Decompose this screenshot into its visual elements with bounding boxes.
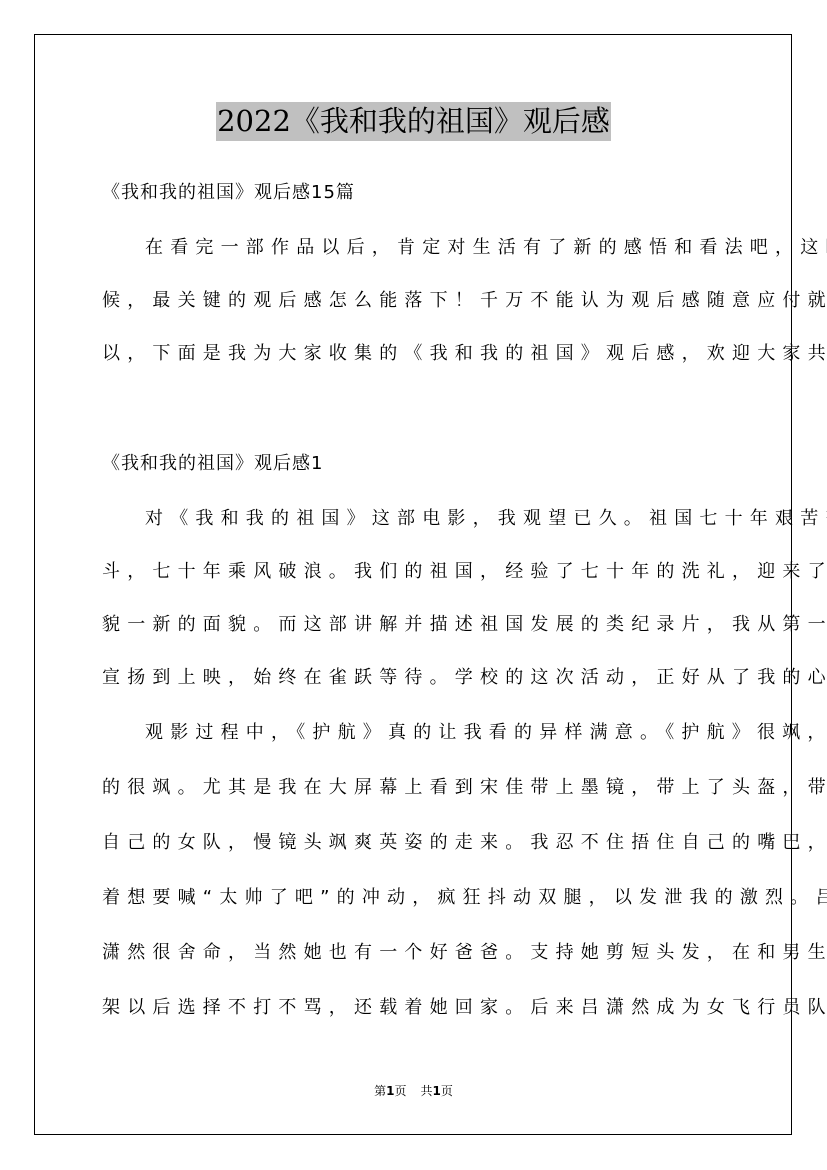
paragraph2-line-4: 着想要喊“太帅了吧”的冲动，疯狂抖动双腿，以发泄我的激烈。吕 (102, 886, 742, 910)
total-prefix: 共 (421, 1084, 433, 1098)
paragraph1-line-4: 宣扬到上映，始终在雀跃等待。学校的这次活动，正好从了我的心愿。 (102, 666, 742, 690)
page-suffix: 页 (394, 1084, 406, 1098)
paragraph2-line-2: 的很飒。尤其是我在大屏幕上看到宋佳带上墨镜，带上了头盔，带着 (102, 776, 742, 800)
paragraph1-line-1: 对《我和我的祖国》这部电影，我观望已久。祖国七十年艰苦奋 (102, 507, 785, 531)
page-footer: 第1页共1页 (0, 1083, 827, 1099)
page-prefix: 第 (374, 1084, 386, 1098)
section-heading: 《我和我的祖国》观后感1 (102, 452, 742, 476)
paragraph2-line-3: 自己的女队，慢镜头飒爽英姿的走来。我忍不住捂住自己的嘴巴，憋 (102, 831, 742, 855)
title-container: 2022《我和我的祖国》观后感 (0, 102, 827, 141)
paragraph1-line-3: 貌一新的面貌。而这部讲解并描述祖国发展的类纪录片，我从第一版 (102, 613, 742, 637)
intro-line-3: 以，下面是我为大家收集的《我和我的祖国》观后感，欢迎大家共享。 (102, 342, 742, 366)
intro-line-2: 候，最关键的观后感怎么能落下！千万不能认为观后感随意应付就可 (102, 289, 742, 313)
paragraph2-line-6: 架以后选择不打不骂，还载着她回家。后来吕潇然成为女飞行员队长， (102, 996, 742, 1020)
total-suffix: 页 (441, 1084, 453, 1098)
paragraph2-line-1: 观影过程中，《护航》真的让我看的异样满意。《护航》很飒，真 (102, 721, 785, 745)
paragraph1-line-2: 斗，七十年乘风破浪。我们的祖国，经验了七十年的洗礼，迎来了面 (102, 560, 742, 584)
document-subtitle: 《我和我的祖国》观后感15篇 (102, 181, 742, 205)
paragraph2-line-5: 潇然很舍命，当然她也有一个好爸爸。支持她剪短头发，在和男生打 (102, 941, 742, 965)
page-total: 1 (433, 1084, 441, 1098)
document-title: 2022《我和我的祖国》观后感 (216, 102, 611, 141)
intro-line-1: 在看完一部作品以后，肯定对生活有了新的感悟和看法吧，这时 (102, 236, 785, 260)
